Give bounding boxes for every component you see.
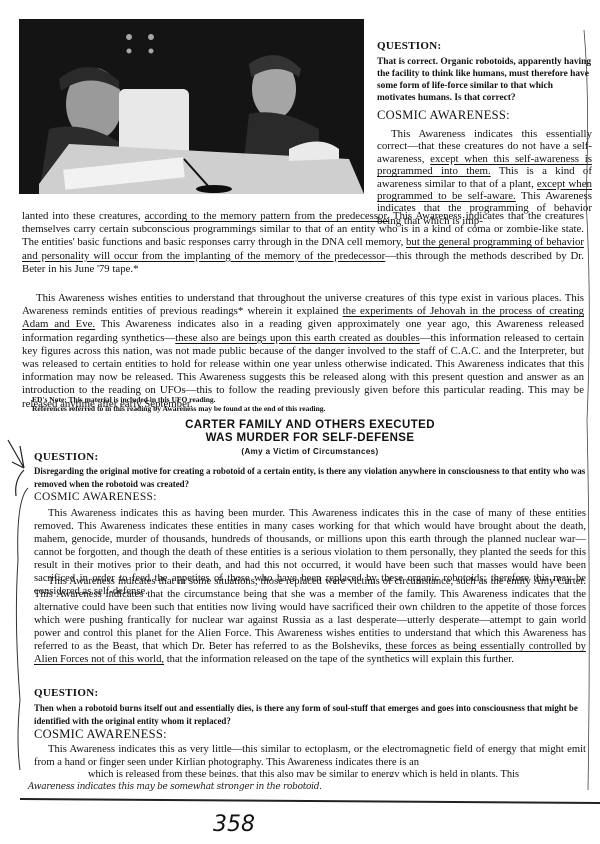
footer-rule	[20, 798, 600, 804]
underlined-text: according to the memory pattern from the…	[145, 210, 390, 222]
text-segment: lanted into these creatures,	[22, 210, 145, 222]
headline-subtitle: (Amy a Victim of Circumstances)	[150, 445, 470, 458]
answer-label: COSMIC AWARENESS:	[377, 108, 592, 123]
answer-paragraph-cut-off: which is released from these beings, tha…	[88, 769, 588, 777]
answer-paragraph-amy-carter: This Awareness indicates that in some si…	[34, 575, 586, 666]
photograph	[19, 19, 364, 194]
editors-note-line-2: References referred to in this reading b…	[32, 405, 325, 414]
handwritten-note: Awareness indicates this may be somewhat…	[28, 782, 322, 792]
paragraph-synthetics: This Awareness wishes entities to unders…	[22, 292, 584, 411]
question-text-3: Then when a robotoid burns itself out an…	[34, 702, 589, 727]
underlined-text: these also are beings upon this earth cr…	[175, 332, 419, 344]
answer-label-2: COSMIC AWARENESS:	[34, 491, 157, 503]
question-label-3: QUESTION:	[34, 687, 98, 699]
headline-line-1: CARTER FAMILY AND OTHERS EXECUTED	[150, 419, 470, 432]
answer-continuation: lanted into these creatures, according t…	[22, 210, 584, 276]
answer-label-3: COSMIC AWARENESS:	[34, 727, 167, 742]
bracket-mark	[16, 470, 24, 496]
article-headline: CARTER FAMILY AND OTHERS EXECUTED WAS MU…	[150, 419, 470, 458]
question-label-2: QUESTION:	[34, 451, 98, 463]
editors-note: ED's Note: This material is included in …	[32, 396, 325, 413]
text-segment: that the information released on the tap…	[164, 654, 514, 665]
question-text-2: Disregarding the original motive for cre…	[34, 465, 589, 490]
photo-illustration	[19, 19, 364, 194]
question-label: QUESTION:	[377, 40, 592, 52]
page-number: 358	[213, 812, 255, 837]
arrow-down-icon	[8, 440, 24, 468]
answer-paragraph-ectoplasm: This Awareness indicates this as very li…	[34, 743, 586, 769]
margin-bracket-line	[16, 488, 28, 770]
headline-line-2: WAS MURDER FOR SELF-DEFENSE	[150, 432, 470, 445]
question-text: That is correct. Organic robotoids, appa…	[377, 56, 592, 104]
